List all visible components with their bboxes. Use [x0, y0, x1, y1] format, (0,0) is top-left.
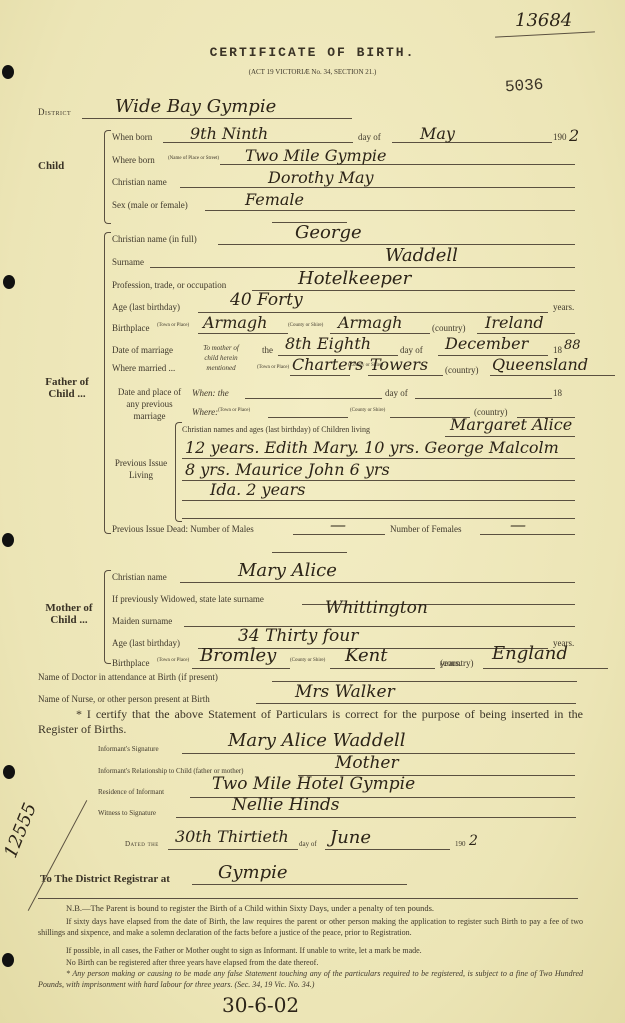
mother-christian-name: Mary Alice — [238, 560, 337, 581]
when-label: When: the — [192, 388, 229, 398]
field-line — [182, 458, 575, 459]
issue-living-line-3: 8 yrs. Maurice John 6 yrs — [185, 460, 390, 479]
where-label: Where: — [192, 407, 218, 417]
father-section-label: Father of Child ... — [36, 376, 98, 400]
child-christian-name: Dorothy May — [268, 168, 374, 187]
county-note: (County or Shire) — [290, 658, 325, 663]
signature-label: Informant's Signature — [98, 745, 159, 753]
years-label: years. — [553, 302, 574, 312]
residence-label: Residence of Informant — [98, 788, 164, 796]
mother-maiden-surname: Whittington — [325, 598, 428, 618]
birth-certificate: 13684 CERTIFICATE OF BIRTH. (ACT 19 VICT… — [0, 0, 625, 1023]
mother-birthplace-country: England — [492, 643, 568, 664]
field-line — [445, 436, 575, 437]
page-title: CERTIFICATE OF BIRTH. — [0, 45, 625, 60]
father-birthplace-town: Armagh — [203, 313, 267, 332]
issue-living-line-4: Ida. 2 years — [210, 480, 305, 499]
father-profession: Hotelkeeper — [298, 268, 411, 289]
field-line — [330, 668, 435, 669]
where-born-note: (Name of Place or Street) — [168, 156, 219, 161]
registrar-value: Gympie — [218, 862, 288, 883]
father-birthplace-county: Armagh — [338, 313, 402, 332]
town-note: (Town or Place) — [157, 658, 189, 663]
where-married-label: Where married ... — [112, 363, 175, 373]
issue-living-header: Christian names and ages (last birthday)… — [182, 425, 370, 434]
marriage-day: 8th Eighth — [285, 334, 371, 353]
when-born-month: May — [420, 124, 455, 143]
father-surname: Waddell — [385, 245, 458, 266]
married-country: Queensland — [492, 355, 588, 374]
nurse-label: Name of Nurse, or other person present a… — [38, 694, 210, 704]
issue-living-line-1: Margaret Alice — [450, 415, 572, 434]
county-note: (County or Shire) — [350, 408, 385, 413]
field-line — [245, 398, 382, 399]
brace — [104, 570, 111, 664]
country-label: (country) — [440, 658, 474, 668]
punch-hole — [3, 765, 15, 779]
field-line — [290, 375, 350, 376]
marriage-year-prefix: 18 — [553, 345, 562, 355]
child-section-label: Child — [38, 160, 64, 172]
town-note: (Town or Place) — [157, 323, 189, 328]
field-line — [205, 210, 575, 211]
to-mother-note: To mother of child herein mentioned — [197, 343, 245, 373]
witness-label: Witness to Signature — [98, 809, 156, 817]
notes-divider — [38, 898, 578, 899]
when-born-day: 9th Ninth — [190, 124, 268, 143]
father-birthplace-country: Ireland — [485, 313, 544, 332]
field-line — [192, 668, 290, 669]
district-value: Wide Bay Gympie — [115, 96, 276, 117]
issue-dead-label: Previous Issue Dead: Number of Males — [112, 524, 254, 534]
witness-value: Nellie Hinds — [232, 795, 340, 815]
field-line — [180, 187, 575, 188]
stamp-number: 5036 — [504, 76, 544, 97]
child-sex: Female — [245, 190, 304, 209]
brace — [104, 232, 111, 534]
previous-marriage-label: Date and place of any previous marriage — [112, 386, 187, 422]
note-nb: N.B.—The Parent is bound to register the… — [66, 903, 434, 914]
dated-month: June — [330, 827, 371, 848]
field-line — [182, 500, 575, 501]
when-born-label: When born — [112, 132, 152, 142]
mother-age: 34 Thirty four — [238, 626, 358, 646]
brace — [175, 422, 182, 522]
marriage-month: December — [445, 334, 528, 353]
country-label: (country) — [445, 365, 479, 375]
district-label: District — [38, 107, 71, 117]
mother-age-label: Age (last birthday) — [112, 638, 180, 648]
maiden-label: Maiden surname — [112, 616, 172, 626]
informant-residence: Two Mile Hotel Gympie — [212, 774, 415, 794]
nurse-value: Mrs Walker — [295, 682, 395, 702]
dated-year-suffix: 2 — [469, 833, 478, 849]
where-born-label: Where born — [112, 155, 155, 165]
brace — [104, 130, 111, 224]
marriage-day-of-label: day of — [400, 345, 423, 355]
field-line — [415, 398, 552, 399]
dated-day: 30th Thirtieth — [175, 827, 289, 846]
sex-label: Sex (male or female) — [112, 200, 188, 210]
previous-day-of-label: day of — [385, 388, 408, 398]
mother-birthplace-town: Bromley — [200, 645, 276, 666]
field-line — [293, 534, 385, 535]
punch-hole — [3, 275, 15, 289]
females-label: Number of Females — [390, 524, 461, 534]
the-label: the — [262, 345, 273, 355]
town-note: (Town or Place) — [257, 365, 289, 370]
previous-year-prefix: 18 — [553, 388, 562, 398]
dated-label: Dated the — [125, 840, 159, 848]
field-line — [480, 534, 575, 535]
marriage-year-suffix: 88 — [564, 338, 581, 353]
father-age: 40 Forty — [230, 290, 303, 310]
issue-living-line-2: 12 years. Edith Mary. 10 yrs. George Mal… — [185, 438, 559, 457]
town-note: (Town or Place) — [218, 408, 250, 413]
mother-birthplace-county: Kent — [345, 645, 387, 666]
field-line — [198, 333, 288, 334]
reference-number: 13684 — [515, 10, 572, 31]
underline — [495, 31, 595, 37]
district-line — [82, 118, 352, 119]
issue-living-label: Previous Issue Living — [112, 457, 170, 481]
divider-flourish — [272, 552, 347, 553]
mother-christian-name-label: Christian name — [112, 572, 167, 582]
note-informant: If possible, in all cases, the Father or… — [66, 945, 422, 956]
surname-label: Surname — [112, 257, 144, 267]
dated-year-prefix: 190 — [455, 840, 466, 848]
field-line — [483, 668, 608, 669]
field-line — [176, 817, 576, 818]
field-line — [168, 849, 298, 850]
mother-birthplace-label: Birthplace — [112, 658, 150, 668]
father-christian-name: George — [295, 222, 362, 243]
dated-day-of-label: day of — [299, 840, 317, 848]
widowed-label: If previously Widowed, state late surnam… — [112, 594, 264, 604]
year-prefix: 190 — [553, 132, 567, 142]
christian-name-label: Christian name — [112, 177, 167, 187]
issue-dead-females: — — [510, 515, 526, 534]
field-line — [325, 849, 450, 850]
registrar-label: To The District Registrar at — [40, 873, 170, 885]
age-label: Age (last birthday) — [112, 302, 180, 312]
punch-hole — [2, 953, 14, 967]
issue-dead-males: — — [330, 515, 346, 534]
field-line — [490, 375, 615, 376]
page-subtitle: (ACT 19 VICTORIÆ No. 34, SECTION 21.) — [0, 68, 625, 76]
year-suffix: 2 — [569, 126, 579, 145]
country-label: (country) — [432, 323, 466, 333]
where-born-value: Two Mile Gympie — [245, 146, 387, 165]
father-christian-name-label: Christian name (in full) — [112, 234, 197, 244]
county-note: (County or Shire) — [288, 323, 323, 328]
informant-relationship: Mother — [335, 753, 399, 773]
field-line — [392, 142, 552, 143]
note-three-years: No Birth can be registered after three y… — [66, 957, 318, 968]
doctor-label: Name of Doctor in attendance at Birth (i… — [38, 672, 218, 682]
field-line — [180, 582, 575, 583]
day-of-label: day of — [358, 132, 381, 142]
handwritten-date: 30-6-02 — [222, 993, 299, 1017]
punch-hole — [2, 533, 14, 547]
marriage-date-label: Date of marriage — [112, 345, 173, 355]
field-line — [368, 375, 443, 376]
informant-signature: Mary Alice Waddell — [228, 730, 406, 751]
field-line — [268, 417, 348, 418]
margin-number: 12555 — [0, 800, 41, 861]
note-penalty: * Any person making or causing to be mad… — [38, 968, 583, 990]
field-line — [192, 884, 407, 885]
field-line — [256, 703, 576, 704]
note-sixty-days: If sixty days have elapsed from the date… — [38, 916, 583, 938]
birthplace-label: Birthplace — [112, 323, 150, 333]
profession-label: Profession, trade, or occupation — [112, 280, 226, 290]
mother-section-label: Mother of Child ... — [36, 602, 102, 626]
married-county: Towers — [370, 355, 428, 374]
